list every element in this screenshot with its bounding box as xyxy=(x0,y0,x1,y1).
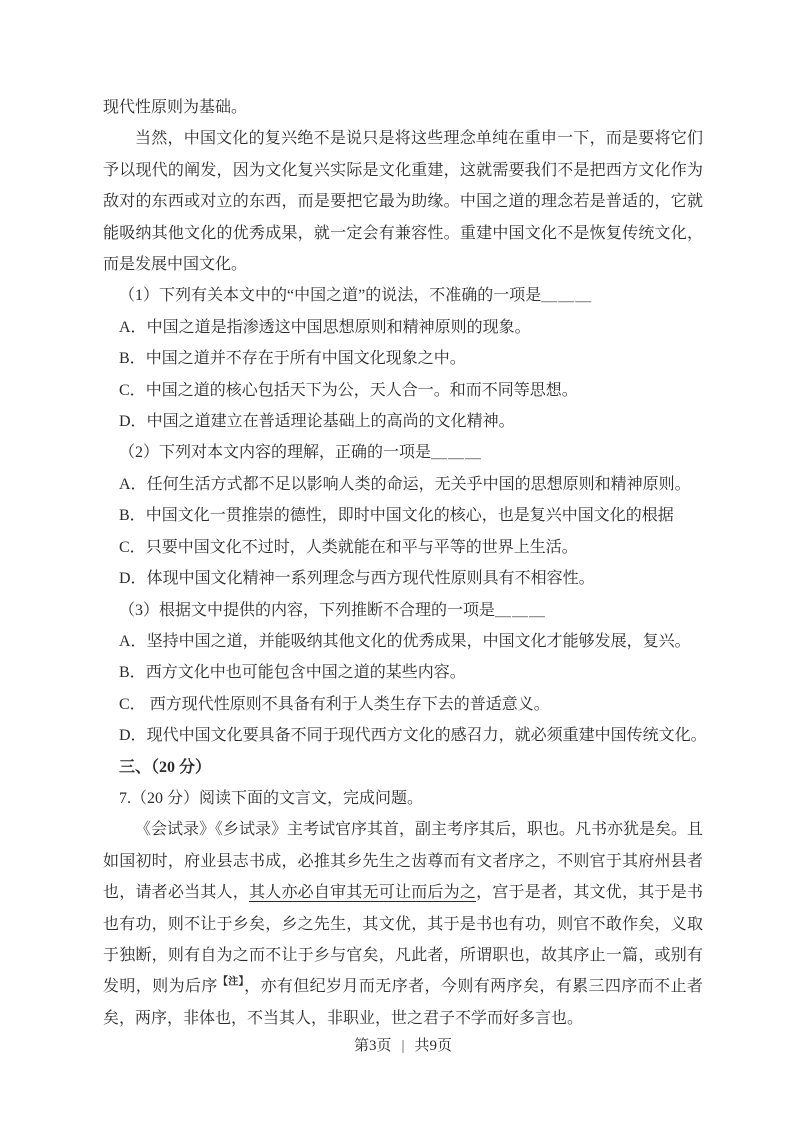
option-text: 只要中国文化不过时，人类就能在和平与平等的世界上生活。 xyxy=(146,539,578,556)
option-3-A[interactable]: A．坚持中国之道，并能吸纳其他文化的优秀成果，中国文化才能够发展，复兴。 xyxy=(103,626,703,657)
option-3-C[interactable]: C． 西方现代性原则不具备有利于人类生存下去的普适意义。 xyxy=(103,689,703,720)
option-2-B[interactable]: B．中国文化一贯推崇的德性，即时中国文化的核心，也是复兴中国文化的根据 xyxy=(103,500,703,531)
option-label: A． xyxy=(119,319,147,336)
option-label: A． xyxy=(119,476,147,493)
option-text: 中国之道是指渗透这中国思想原则和精神原则的现象。 xyxy=(147,319,531,336)
question-2: （2）下列对本文内容的理解，正确的一项是＿＿＿A．任何生活方式都不足以影响人类的… xyxy=(103,437,703,594)
question-1-text: 下列有关本文中的“中国之道”的说法，不准确的一项是 xyxy=(159,287,541,304)
option-2-A[interactable]: A．任何生活方式都不足以影响人类的命运，无关乎中国的思想原则和精神原则。 xyxy=(103,469,703,500)
question-3-text: 根据文中提供的内容，下列推断不合理的一项是 xyxy=(159,602,495,619)
option-label: B． xyxy=(119,350,146,367)
option-text: 中国之道建立在普适理论基础上的高尚的文化精神。 xyxy=(147,413,515,430)
question-1-answer-blank[interactable]: ＿＿＿ xyxy=(541,287,592,304)
option-label: C． xyxy=(119,696,146,713)
underlined-phrase: 其人亦必自审其无可让而后为之 xyxy=(249,884,476,901)
question-3-number: （3） xyxy=(119,602,159,619)
option-text: 西方文化中也可能包含中国之道的某些内容。 xyxy=(146,664,466,681)
exam-page: 现代性原则为基础。 当然，中国文化的复兴绝不是说只是将这些理念单纯在重申一下，而… xyxy=(0,0,793,1122)
question-2-number: （2） xyxy=(119,444,159,461)
section-three-heading: 三、（20 分） xyxy=(103,752,703,783)
option-label: D． xyxy=(119,413,147,430)
page-footer: 第3页|共9页 xyxy=(103,1031,703,1062)
option-label: C． xyxy=(119,382,146,399)
option-3-B[interactable]: B．西方文化中也可能包含中国之道的某些内容。 xyxy=(103,657,703,688)
page-number-total: 共9页 xyxy=(415,1038,453,1054)
page-number-divider: | xyxy=(401,1038,404,1054)
option-text: 现代中国文化要具备不同于现代西方文化的感召力，就必须重建中国传统文化。 xyxy=(147,727,707,744)
option-2-D[interactable]: D．体现中国文化精神一系列理念与西方现代性原则具有不相容性。 xyxy=(103,563,703,594)
option-3-D[interactable]: D．现代中国文化要具备不同于现代西方文化的感召力，就必须重建中国传统文化。 xyxy=(103,720,703,751)
question-2-text: 下列对本文内容的理解，正确的一项是 xyxy=(159,444,431,461)
option-label: A． xyxy=(119,633,147,650)
page-number-current: 第3页 xyxy=(354,1038,392,1054)
option-1-D[interactable]: D．中国之道建立在普适理论基础上的高尚的文化精神。 xyxy=(103,406,703,437)
option-text: 任何生活方式都不足以影响人类的命运，无关乎中国的思想原则和精神原则。 xyxy=(147,476,691,493)
option-text: 中国之道的核心包括天下为公，天人合一。和而不同等思想。 xyxy=(146,382,578,399)
option-1-A[interactable]: A．中国之道是指渗透这中国思想原则和精神原则的现象。 xyxy=(103,312,703,343)
classical-passage: 《会试录》《乡试录》主考试官序其首，副主考序其后，职也。凡书亦犹是矣。且如国初时… xyxy=(103,814,703,1034)
option-label: D． xyxy=(119,570,147,587)
reading-paragraph: 当然，中国文化的复兴绝不是说只是将这些理念单纯在重申一下，而是要将它们予以现代的… xyxy=(103,123,703,280)
option-text: 中国文化一贯推崇的德性，即时中国文化的核心，也是复兴中国文化的根据 xyxy=(146,507,674,524)
option-label: B． xyxy=(119,507,146,524)
option-1-C[interactable]: C．中国之道的核心包括天下为公，天人合一。和而不同等思想。 xyxy=(103,375,703,406)
option-text: 坚持中国之道，并能吸纳其他文化的优秀成果，中国文化才能够发展，复兴。 xyxy=(147,633,691,650)
question-3-stem: （3）根据文中提供的内容，下列推断不合理的一项是＿＿＿ xyxy=(103,595,703,626)
option-label: C． xyxy=(119,539,146,556)
paragraph-continuation: 现代性原则为基础。 xyxy=(103,92,703,123)
option-1-B[interactable]: B．中国之道并不存在于所有中国文化现象之中。 xyxy=(103,343,703,374)
option-text: 西方现代性原则不具备有利于人类生存下去的普适意义。 xyxy=(146,696,550,713)
option-label: D． xyxy=(119,727,147,744)
option-2-C[interactable]: C．只要中国文化不过时，人类就能在和平与平等的世界上生活。 xyxy=(103,532,703,563)
question-3-answer-blank[interactable]: ＿＿＿ xyxy=(495,602,546,619)
question7-intro: 7.（20 分）阅读下面的文言文，完成问题。 xyxy=(103,783,703,814)
option-text: 中国之道并不存在于所有中国文化现象之中。 xyxy=(146,350,466,367)
question-list: （1）下列有关本文中的“中国之道”的说法，不准确的一项是＿＿＿A．中国之道是指渗… xyxy=(103,280,703,751)
question-1-number: （1） xyxy=(119,287,159,304)
question-2-answer-blank[interactable]: ＿＿＿ xyxy=(431,444,482,461)
question-1: （1）下列有关本文中的“中国之道”的说法，不准确的一项是＿＿＿A．中国之道是指渗… xyxy=(103,280,703,437)
document-content: 现代性原则为基础。 当然，中国文化的复兴绝不是说只是将这些理念单纯在重申一下，而… xyxy=(103,92,703,1034)
question-2-stem: （2）下列对本文内容的理解，正确的一项是＿＿＿ xyxy=(103,437,703,468)
option-text: 体现中国文化精神一系列理念与西方现代性原则具有不相容性。 xyxy=(147,570,595,587)
option-label: B． xyxy=(119,664,146,681)
question-1-stem: （1）下列有关本文中的“中国之道”的说法，不准确的一项是＿＿＿ xyxy=(103,280,703,311)
question-3: （3）根据文中提供的内容，下列推断不合理的一项是＿＿＿A．坚持中国之道，并能吸纳… xyxy=(103,595,703,752)
note-marker-superscript: 【注】 xyxy=(218,977,244,988)
